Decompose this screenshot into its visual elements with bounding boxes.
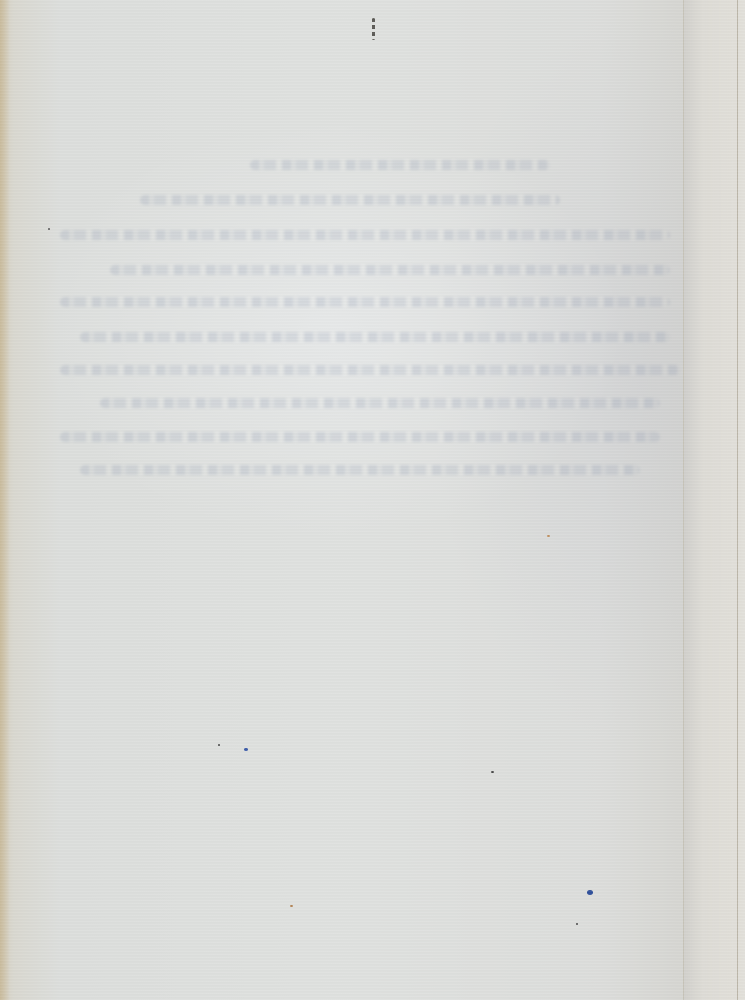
ghost-text-line xyxy=(80,332,670,342)
ghost-text-line xyxy=(250,160,550,170)
ink-speck xyxy=(547,535,550,537)
ink-speck xyxy=(48,228,50,230)
ink-speck xyxy=(491,771,494,773)
ghost-text-line xyxy=(60,230,670,240)
paper-texture xyxy=(0,0,745,1000)
binding-margin xyxy=(683,0,745,1000)
ghost-text-line xyxy=(110,265,670,275)
ghost-text-line xyxy=(100,398,660,408)
ghost-text-line xyxy=(60,365,680,375)
ghost-text-line xyxy=(60,432,660,442)
page-left-edge xyxy=(0,0,10,1000)
ink-speck xyxy=(290,905,293,907)
ghost-text-line xyxy=(80,465,640,475)
pencil-mark xyxy=(372,18,375,40)
notebook-page-photo xyxy=(0,0,745,1000)
ghost-text-line xyxy=(140,195,560,205)
ink-speck xyxy=(576,923,578,925)
page-edge-line xyxy=(737,0,738,1000)
ink-speck xyxy=(244,748,248,751)
ink-speck xyxy=(587,890,593,895)
ink-speck xyxy=(218,744,220,746)
ghost-text-line xyxy=(60,297,670,307)
